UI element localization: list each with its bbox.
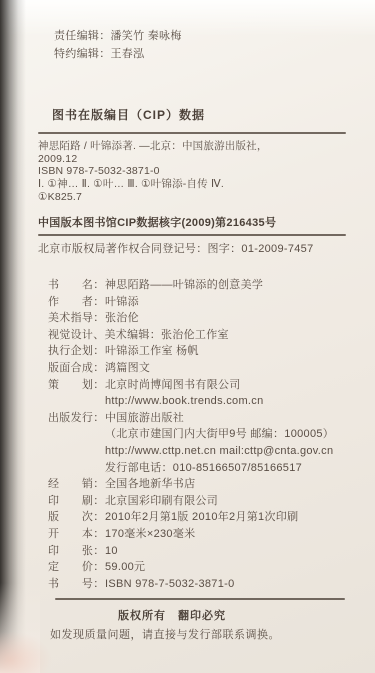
row-label: 开 本： — [48, 526, 105, 543]
book-copyright-page: 责任编辑：潘笑竹 秦咏梅 特约编辑：王春泓 图书在版编目（CIP）数据 神思陌路… — [0, 0, 375, 673]
row-value: http://www.cttp.net.cn mail:cttp@cnta.go… — [105, 445, 333, 457]
row-value: 张治伦工作室 — [161, 329, 229, 341]
cip-header: 图书在版编目（CIP）数据 — [52, 106, 346, 123]
info-row-author: 作 者：叶锦添 — [48, 294, 348, 311]
cip-record-number: 中国版本图书馆CIP数据核字(2009)第216435号 — [38, 214, 346, 230]
row-label: 版 次： — [48, 509, 105, 526]
info-row-printer: 印 刷：北京国彩印刷有限公司 — [48, 493, 348, 510]
info-row-isbn: 书 号：ISBN 978-7-5032-3871-0 — [48, 576, 348, 593]
cip-body-line: Ⅰ. ①神… Ⅱ. ①叶… Ⅲ. ①叶锦添-自传 Ⅳ. — [38, 178, 346, 191]
info-row-format: 开 本：170毫米×230毫米 — [48, 526, 348, 543]
row-value: 叶锦添工作室 杨帆 — [105, 345, 199, 357]
cip-body-line: ①K825.7 — [38, 191, 346, 204]
row-label: 出版发行： — [48, 410, 105, 427]
info-row-executive-planning: 执行企划：叶锦添工作室 杨帆 — [48, 343, 348, 360]
row-label: 视觉设计、美术编辑： — [48, 327, 161, 344]
corner-smudge — [0, 631, 52, 673]
row-label: 美术指导： — [48, 310, 105, 327]
colophon-list: 书 名：神思陌路——叶锦添的创意美学 作 者：叶锦添 美术指导：张治伦 视觉设计… — [48, 277, 348, 592]
row-value: 张治伦 — [105, 312, 139, 324]
cip-body-line: 神思陌路 / 叶锦添著. —北京：中国旅游出版社， — [38, 140, 346, 153]
row-label: 定 价： — [48, 559, 105, 576]
row-value: 发行部电话：010-85166507/85166517 — [105, 462, 302, 474]
row-value: 59.00元 — [105, 561, 145, 573]
row-value: 鸿篇图文 — [105, 362, 150, 374]
row-value: 全国各地新华书店 — [105, 478, 195, 490]
info-row-art-director: 美术指导：张治伦 — [48, 310, 348, 327]
row-label: 书 名： — [48, 277, 105, 294]
row-value: 2010年2月第1版 2010年2月第1次印刷 — [105, 511, 298, 523]
info-row-visual-design: 视觉设计、美术编辑：张治伦工作室 — [48, 327, 348, 344]
gutter-fade — [0, 583, 40, 673]
info-row-planner: 策 划：北京时尚博闻图书有限公司 — [48, 377, 348, 394]
footer-block: 版权所有 翻印必究 如发现质量问题，请直接与发行部联系调换。 — [55, 598, 345, 642]
info-row-edition: 版 次：2010年2月第1版 2010年2月第1次印刷 — [48, 509, 348, 526]
quality-notice: 如发现质量问题，请直接与发行部联系调换。 — [50, 626, 345, 642]
row-value: 神思陌路——叶锦添的创意美学 — [105, 279, 263, 291]
row-value: 北京国彩印刷有限公司 — [105, 495, 218, 507]
cip-body-line: 2009.12 — [38, 153, 346, 166]
info-row-layout: 版面合成：鸿篇图文 — [48, 360, 348, 377]
cip-body-line: ISBN 978-7-5032-3871-0 — [38, 165, 346, 178]
info-row-distributor: 经 销：全国各地新华书店 — [48, 476, 348, 493]
editor-line: 责任编辑：潘笑竹 秦咏梅 — [54, 28, 182, 46]
cip-body: 神思陌路 / 叶锦添著. —北京：中国旅游出版社， 2009.12 ISBN 9… — [38, 140, 346, 204]
info-row-planner-url: http://www.book.trends.com.cn — [48, 393, 348, 410]
row-label: 印 张： — [48, 543, 105, 560]
row-value: ISBN 978-7-5032-3871-0 — [105, 578, 235, 590]
row-label: 作 者： — [48, 294, 105, 311]
row-label: 经 销： — [48, 476, 105, 493]
row-label: 版面合成： — [48, 360, 105, 377]
row-label: 策 划： — [48, 377, 105, 394]
editor-value: 潘笑竹 秦咏梅 — [111, 30, 182, 42]
editor-line: 特约编辑：王春泓 — [54, 46, 182, 64]
copyright-registry-line: 北京市版权局著作权合同登记号：图字：01-2009-7457 — [38, 240, 346, 256]
row-value: （北京市建国门内大街甲9号 邮编：100005） — [105, 428, 334, 440]
book-gutter-shadow — [0, 0, 26, 673]
footer-rule — [55, 598, 345, 600]
info-row-price: 定 价：59.00元 — [48, 559, 348, 576]
info-row-publisher-address: （北京市建国门内大街甲9号 邮编：100005） — [48, 426, 348, 443]
row-value: 北京时尚博闻图书有限公司 — [105, 379, 241, 391]
row-value: http://www.book.trends.com.cn — [105, 395, 264, 407]
copyright-notice: 版权所有 翻印必究 — [27, 607, 317, 623]
row-value: 10 — [105, 545, 118, 557]
record-rule — [38, 234, 346, 236]
row-value: 叶锦添 — [105, 296, 139, 308]
editor-value: 王春泓 — [111, 48, 145, 60]
info-row-distribution-phone: 发行部电话：010-85166507/85166517 — [48, 460, 348, 477]
cip-section: 图书在版编目（CIP）数据 神思陌路 / 叶锦添著. —北京：中国旅游出版社， … — [38, 106, 346, 256]
row-value: 中国旅游出版社 — [105, 412, 184, 424]
info-row-publisher: 出版发行：中国旅游出版社 — [48, 410, 348, 427]
row-label: 印 刷： — [48, 493, 105, 510]
info-row-title: 书 名：神思陌路——叶锦添的创意美学 — [48, 277, 348, 294]
info-row-sheets: 印 张：10 — [48, 543, 348, 560]
row-value: 170毫米×230毫米 — [105, 528, 195, 540]
row-label: 执行企划： — [48, 343, 105, 360]
info-row-publisher-url: http://www.cttp.net.cn mail:cttp@cnta.go… — [48, 443, 348, 460]
editor-label: 责任编辑： — [54, 30, 111, 42]
row-label: 书 号： — [48, 576, 105, 593]
editors-block: 责任编辑：潘笑竹 秦咏梅 特约编辑：王春泓 — [54, 28, 182, 63]
cip-rule — [38, 132, 346, 134]
editor-label: 特约编辑： — [54, 48, 111, 60]
